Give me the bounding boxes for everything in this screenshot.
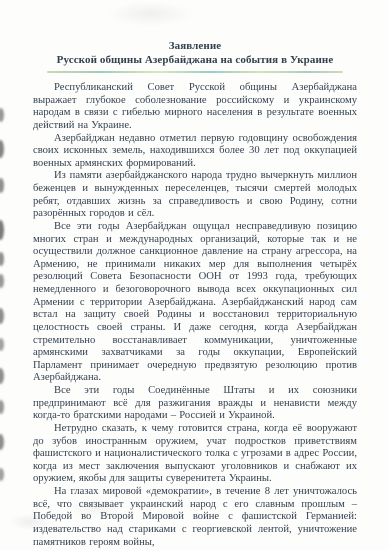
paragraph: Все эти годы Соединённые Штаты и их союз…	[33, 385, 357, 423]
document-title-line1: Заявление	[33, 40, 357, 54]
scan-smudge	[0, 274, 4, 288]
document-title-line2: Русской общины Азербайджана на события в…	[33, 54, 357, 68]
scanned-document-page: Заявление Русской общины Азербайджана на…	[0, 0, 389, 550]
paragraph: Нетрудно сказать, к чему готовится стран…	[33, 423, 357, 486]
document-body: Республиканский Совет Русской общины Азе…	[33, 82, 357, 549]
title-underline-rule	[47, 71, 343, 73]
scan-smudge	[0, 434, 4, 450]
scan-smudge	[0, 468, 4, 481]
paragraph: На глазах мировой «демократии», в течени…	[33, 486, 357, 549]
scan-smudge	[0, 140, 4, 158]
scan-smudge	[0, 368, 4, 384]
scan-smudge	[0, 308, 4, 324]
paragraph: Азербайджан недавно отметил первую годов…	[33, 133, 357, 171]
paragraph: Республиканский Совет Русской общины Азе…	[33, 82, 357, 133]
scan-smudge	[0, 338, 4, 351]
scan-smudge	[0, 252, 4, 266]
paragraph: Из памяти азербайджанского народа трудно…	[33, 170, 357, 221]
document-title: Заявление Русской общины Азербайджана на…	[33, 40, 357, 67]
scan-smudge	[0, 108, 4, 122]
scan-smudge	[0, 178, 4, 193]
paragraph: Все эти годы Азербайджан ощущал несправе…	[33, 221, 357, 385]
scan-smudge	[0, 400, 4, 414]
scan-smudge	[0, 220, 4, 240]
